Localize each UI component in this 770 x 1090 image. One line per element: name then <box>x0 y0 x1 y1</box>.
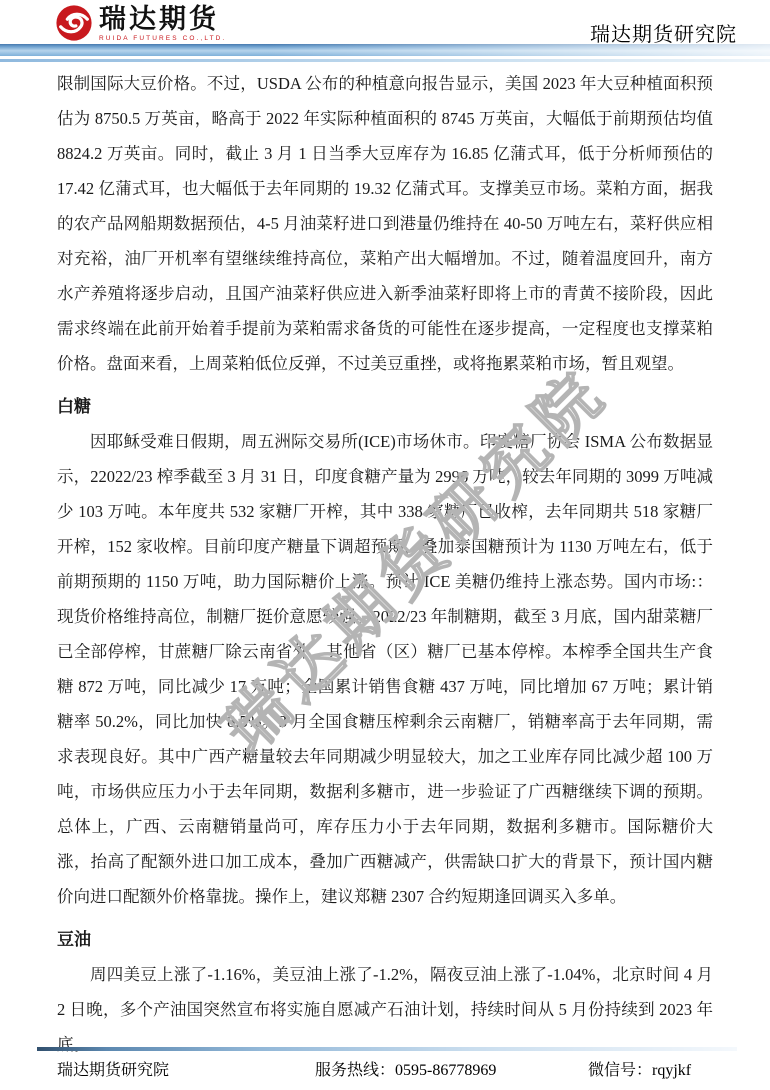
brand-name-cn: 瑞达期货 <box>99 4 226 34</box>
footer-wechat-label: 微信号： <box>588 1062 652 1079</box>
section-heading-sugar: 白糖 <box>57 389 713 424</box>
section-heading-soyoil: 豆油 <box>57 922 713 957</box>
footer-wechat: 微信号：rqyjkf <box>588 1058 691 1084</box>
header-divider-bar <box>0 44 770 56</box>
footer-hotline-label: 服务热线： <box>315 1062 395 1079</box>
brand-block: 瑞达期货 RUIDA FUTURES CO.,LTD. <box>99 4 226 42</box>
footer-hotline-number: 0595-86778969 <box>395 1062 496 1079</box>
report-body: 限制国际大豆价格。不过，USDA 公布的种植意向报告显示，美国 2023 年大豆… <box>57 66 713 1062</box>
brand-name-en: RUIDA FUTURES CO.,LTD. <box>99 35 226 42</box>
page-footer: 瑞达期货研究院 服务热线：0595-86778969 微信号：rqyjkf <box>0 1058 770 1084</box>
ruida-logo: 瑞达期货 RUIDA FUTURES CO.,LTD. <box>55 4 226 42</box>
paragraph-soybean-continuation: 限制国际大豆价格。不过，USDA 公布的种植意向报告显示，美国 2023 年大豆… <box>57 66 713 381</box>
header-divider-line <box>0 59 770 62</box>
report-page: 瑞达期货 RUIDA FUTURES CO.,LTD. 瑞达期货研究院 限制国际… <box>0 0 770 1090</box>
footer-divider-bar <box>37 1047 737 1051</box>
ruida-logo-icon <box>55 4 93 42</box>
paragraph-sugar: 因耶稣受难日假期，周五洲际交易所(ICE)市场休市。印度糖厂协会 ISMA 公布… <box>57 424 713 914</box>
header-institute-title: 瑞达期货研究院 <box>590 18 737 47</box>
footer-institute: 瑞达期货研究院 <box>57 1058 169 1084</box>
page-header: 瑞达期货 RUIDA FUTURES CO.,LTD. 瑞达期货研究院 <box>0 0 770 44</box>
footer-wechat-id: rqyjkf <box>652 1062 691 1079</box>
footer-hotline: 服务热线：0595-86778969 <box>315 1058 496 1084</box>
